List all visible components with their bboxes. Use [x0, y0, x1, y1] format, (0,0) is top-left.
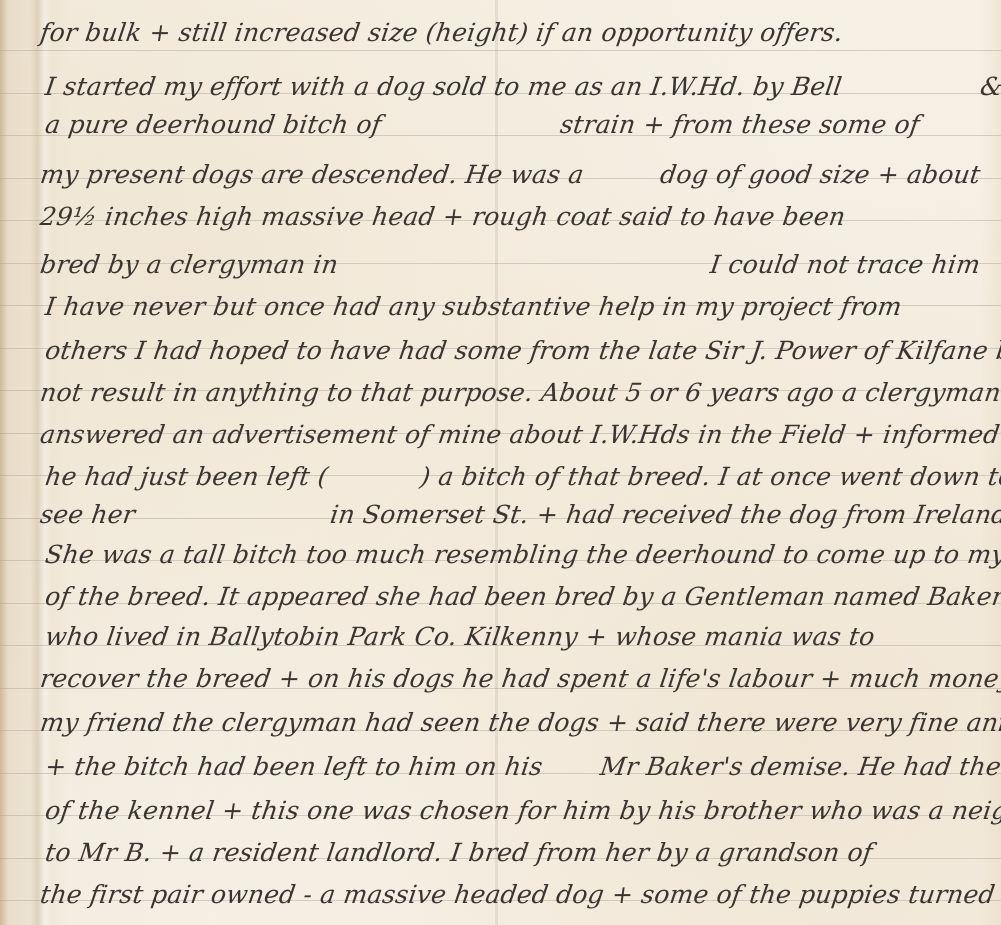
letter-text: answered an advertisement of mine about … [38, 420, 1001, 449]
letter-text: in Somerset St. + had received the dog f… [328, 500, 1001, 529]
letter-text: I could not trace him [708, 250, 982, 279]
letter-text: not result in anything to that purpose. … [38, 378, 1001, 407]
letter-text: recover the breed + on his dogs he had s… [38, 664, 1001, 693]
paper-edge [0, 0, 8, 925]
letter-text: others I had hoped to have had some from… [43, 336, 1001, 365]
letter-line: I have never but once had any substantiv… [38, 292, 995, 324]
letter-line: not result in anything to that purpose. … [38, 378, 995, 410]
letter-line: She was a tall bitch too much resembling… [38, 540, 995, 572]
letter-text: + the bitch had been left to him on his [43, 752, 544, 781]
letter-text: to Mr B. + a resident landlord. I bred f… [43, 838, 874, 867]
letter-text: my present dogs are descended. He was a [38, 160, 585, 189]
letter-line: the first pair owned - a massive headed … [38, 880, 995, 912]
letter-line: 29½ inches high massive head + rough coa… [38, 202, 995, 234]
letter-text: a pure deerhound bitch of [43, 110, 383, 139]
letter-text: & [978, 72, 1001, 101]
letter-text: I started my effort with a dog sold to m… [43, 72, 843, 101]
letter-text: see her [38, 500, 137, 529]
letter-line: a pure deerhound bitch ofstrain + from t… [38, 110, 995, 142]
letter-line: of the kennel + this one was chosen for … [38, 796, 995, 828]
letter-line: answered an advertisement of mine about … [38, 420, 995, 452]
letter-line: for bulk + still increased size (height)… [38, 18, 995, 50]
letter-text: of the breed. It appeared she had been b… [43, 582, 1001, 611]
letter-line: my present dogs are descended. He was ad… [38, 160, 995, 192]
letter-text: I have never but once had any substantiv… [43, 292, 903, 321]
letter-line: he had just been left () a bitch of that… [38, 462, 995, 494]
letter-line: my friend the clergyman had seen the dog… [38, 708, 995, 740]
letter-line: others I had hoped to have had some from… [38, 336, 995, 368]
letter-text: my friend the clergyman had seen the dog… [38, 708, 1001, 737]
letter-text: Mr Baker's demise. He had the choice [598, 752, 1001, 781]
letter-line: of the breed. It appeared she had been b… [38, 582, 995, 614]
letter-text: She was a tall bitch too much resembling… [43, 540, 1001, 569]
letter-text: ) a bitch of that breed. I at once went … [418, 462, 1001, 491]
letter-line: who lived in Ballytobin Park Co. Kilkenn… [38, 622, 995, 654]
letter-page: for bulk + still increased size (height)… [0, 0, 1001, 925]
letter-text: dog of good size + about [658, 160, 982, 189]
letter-line: + the bitch had been left to him on hisM… [38, 752, 995, 784]
letter-text: of the kennel + this one was chosen for … [43, 796, 1001, 825]
letter-line: recover the breed + on his dogs he had s… [38, 664, 995, 696]
letter-line: bred by a clergyman inI could not trace … [38, 250, 995, 282]
letter-text: he had just been left ( [43, 462, 330, 491]
letter-text: strain + from these some of [558, 110, 921, 139]
ruled-line [0, 50, 1001, 51]
letter-text: for bulk + still increased size (height)… [38, 18, 845, 47]
letter-line: to Mr B. + a resident landlord. I bred f… [38, 838, 995, 870]
letter-text: the first pair owned - a massive headed … [38, 880, 1001, 909]
letter-text: bred by a clergyman in [38, 250, 340, 279]
letter-text: 29½ inches high massive head + rough coa… [38, 202, 847, 231]
letter-line: see herin Somerset St. + had received th… [38, 500, 995, 532]
letter-text: who lived in Ballytobin Park Co. Kilkenn… [43, 622, 876, 651]
letter-line: I started my effort with a dog sold to m… [38, 72, 995, 104]
